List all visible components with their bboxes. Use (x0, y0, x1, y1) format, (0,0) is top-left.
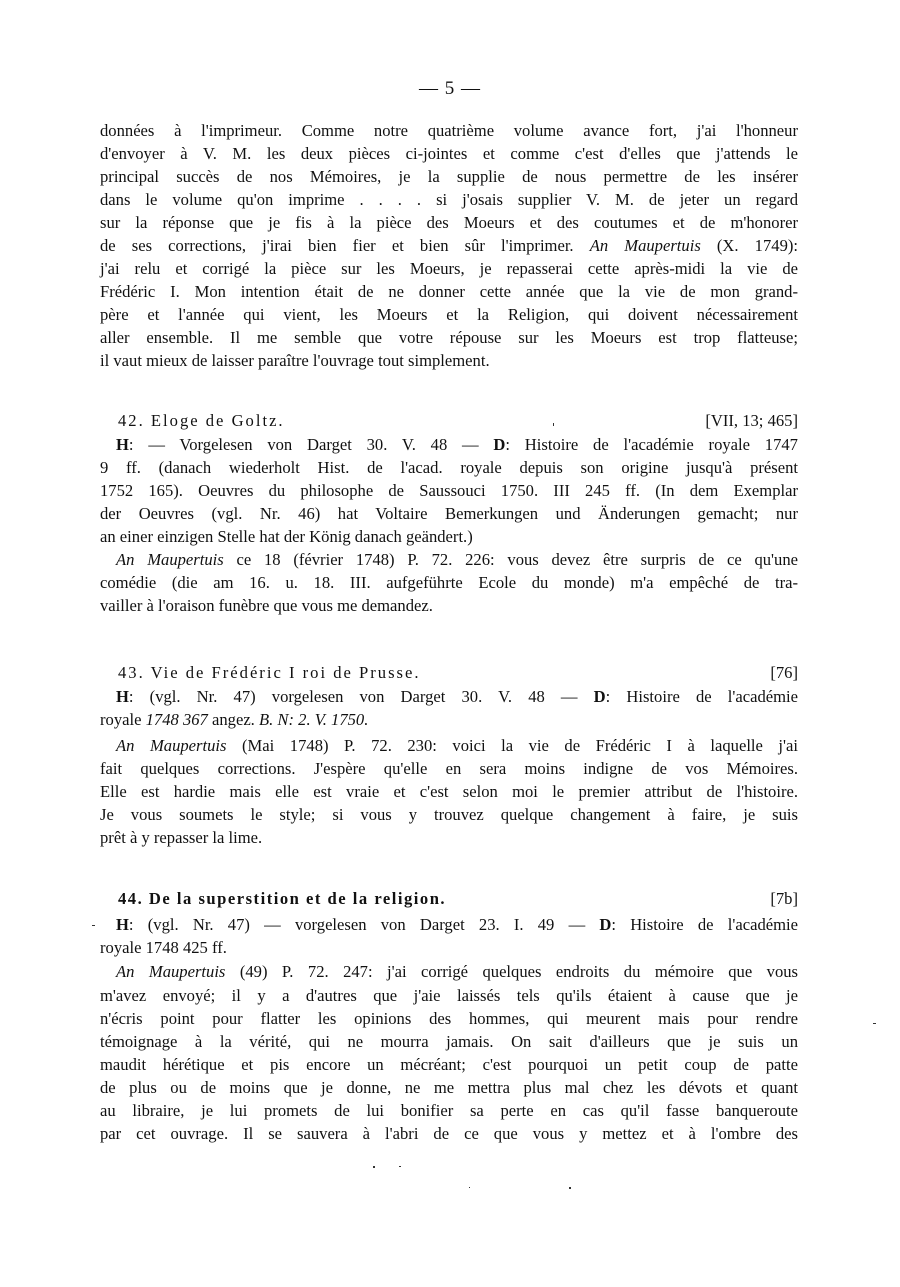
entry-heading: 43. Vie de Frédéric I roi de Prusse. [76… (118, 661, 798, 684)
h-label: H (116, 435, 129, 454)
text-line: 1752 165). Oeuvres du philosophe de Saus… (100, 479, 798, 502)
text-line: de plus ou de moins que je donne, ne me … (100, 1076, 798, 1099)
entry-heading: 42. Eloge de Goltz. [VII, 13; 465] (118, 409, 798, 432)
entry-ref: [76] (770, 661, 798, 684)
d-label: D (493, 435, 505, 454)
letter-recipient: An Maupertuis (116, 550, 224, 569)
text-span: : Histoire de l'académie (606, 687, 798, 706)
text-line: royale 1748 367 angez. B. N: 2. V. 1750. (100, 708, 798, 731)
text-span: angez. (208, 710, 259, 729)
entry-ref: [7b] (770, 887, 798, 910)
entry-title: 43. Vie de Frédéric I roi de Prusse. (118, 661, 421, 684)
text-span: : (vgl. Nr. 47) — vorgelesen von Darget … (129, 915, 599, 934)
entry-heading: 44. De la superstition et de la religion… (118, 887, 798, 910)
text-line: vailler à l'oraison funèbre que vous me … (100, 594, 798, 617)
h-label: H (116, 915, 129, 934)
d-label: D (599, 915, 611, 934)
text-line: j'ai relu et corrigé la pièce sur les Mo… (100, 257, 798, 280)
entry-title-text: Eloge de Goltz. (151, 411, 285, 430)
entry-number: 42. (118, 411, 145, 430)
text-line: de ses corrections, j'irai bien fier et … (100, 234, 798, 257)
text-line: témoignage à la vérité, qui ne mourra ja… (100, 1030, 798, 1053)
text-span: : Histoire de l'académie (611, 915, 798, 934)
entry-title-text: De la superstition et de la religion. (149, 889, 446, 908)
text-line: père et l'année qui vient, les Moeurs et… (100, 303, 798, 326)
text-line: n'écris point pour flatter les opinions … (100, 1007, 798, 1030)
text-line: H: — Vorgelesen von Darget 30. V. 48 — D… (116, 433, 798, 456)
text-line: An Maupertuis (Mai 1748) P. 72. 230: voi… (116, 734, 798, 757)
d-label: D (594, 687, 606, 706)
text-line: Je vous soumets le style; si vous y trou… (100, 803, 798, 826)
text-span: : — Vorgelesen von Darget 30. V. 48 — (129, 435, 494, 454)
text-line: fait quelques corrections. J'espère qu'e… (100, 757, 798, 780)
letter-recipient: An Maupertuis (590, 236, 701, 255)
text-line: aller ensemble. Il me semble que votre r… (100, 326, 798, 349)
h-label: H (116, 687, 129, 706)
text-line: par cet ouvrage. Il se sauvera à l'abri … (100, 1122, 798, 1145)
text-line: maudit hérétique et pis encore un mécréa… (100, 1053, 798, 1076)
text-line: sur la réponse que je fis à la pièce des… (100, 211, 798, 234)
text-line: der Oeuvres (vgl. Nr. 46) hat Voltaire B… (100, 502, 798, 525)
text-line: d'envoyer à V. M. les deux pièces ci-joi… (100, 142, 798, 165)
page-number: — 5 — (0, 78, 900, 100)
text-span: : (vgl. Nr. 47) vorgelesen von Darget 30… (129, 687, 594, 706)
text-span: (Mai 1748) P. 72. 230: voici la vie de F… (226, 736, 798, 755)
text-line: 9 ff. (danach wiederholt Hist. de l'acad… (100, 456, 798, 479)
scan-speck (569, 1187, 571, 1189)
text-span: ce 18 (février 1748) P. 72. 226: vous de… (224, 550, 798, 569)
text-line: il vaut mieux de laisser paraître l'ouvr… (100, 349, 798, 372)
scan-speck (399, 1166, 401, 1167)
text-line: prêt à y repasser la lime. (100, 826, 798, 849)
text-line: An Maupertuis ce 18 (février 1748) P. 72… (116, 548, 798, 571)
text-line: an einer einzigen Stelle hat der König d… (100, 525, 798, 548)
text-span: (49) P. 72. 247: j'ai corrigé quelques e… (225, 962, 798, 981)
text-line: Frédéric I. Mon intention était de ne do… (100, 280, 798, 303)
text-line: Elle est hardie mais elle est vraie et c… (100, 780, 798, 803)
text-line: dans le volume qu'on imprime . . . . si … (100, 188, 798, 211)
scan-speck (373, 1166, 375, 1168)
text-line: données à l'imprimeur. Comme notre quatr… (100, 119, 798, 142)
text-line: royale 1748 425 ff. (100, 936, 798, 959)
text-span: de ses corrections, j'irai bien fier et … (100, 236, 574, 255)
entry-ref: [VII, 13; 465] (705, 409, 798, 432)
text-line: H: (vgl. Nr. 47) — vorgelesen von Darget… (116, 913, 798, 936)
scan-speck (469, 1187, 470, 1188)
italic-span: 1748 367 (146, 710, 208, 729)
text-line: comédie (die am 16. u. 18. III. aufgefüh… (100, 571, 798, 594)
text-line: m'avez envoyé; il y a d'autres que j'aie… (100, 984, 798, 1007)
text-line: An Maupertuis (49) P. 72. 247: j'ai corr… (116, 960, 798, 983)
text-line: H: (vgl. Nr. 47) vorgelesen von Darget 3… (116, 685, 798, 708)
text-line: au libraire, je lui promets de lui bonif… (100, 1099, 798, 1122)
entry-title: 42. Eloge de Goltz. (118, 409, 285, 432)
letter-recipient: An Maupertuis (116, 736, 226, 755)
text-line: principal succès de nos Mémoires, je la … (100, 165, 798, 188)
scan-speck (873, 1023, 876, 1024)
entry-number: 43. (118, 663, 145, 682)
letter-recipient: An Maupertuis (116, 962, 225, 981)
text-span: : Histoire de l'académie royale 1747 (505, 435, 798, 454)
scan-speck (553, 423, 554, 426)
text-span: royale (100, 710, 146, 729)
entry-number: 44. (118, 889, 143, 908)
italic-span: B. N: 2. V. 1750. (259, 710, 368, 729)
scan-speck (92, 925, 95, 926)
entry-title-text: Vie de Frédéric I roi de Prusse. (151, 663, 421, 682)
entry-title: 44. De la superstition et de la religion… (118, 887, 446, 910)
text-span: (X. 1749): (701, 236, 798, 255)
